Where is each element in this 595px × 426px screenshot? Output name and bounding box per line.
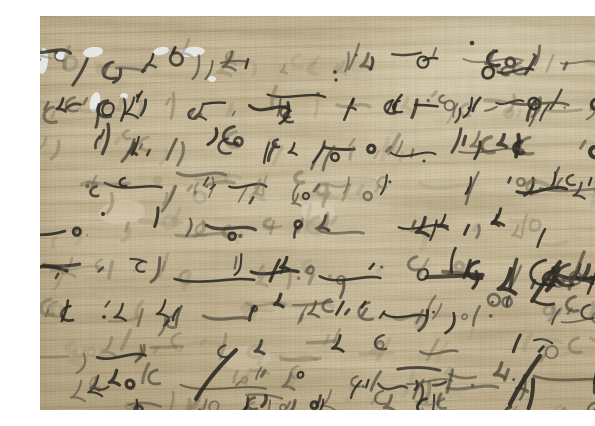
papyrus-script-art: [40, 16, 595, 410]
papyrus-photo: [40, 16, 595, 410]
